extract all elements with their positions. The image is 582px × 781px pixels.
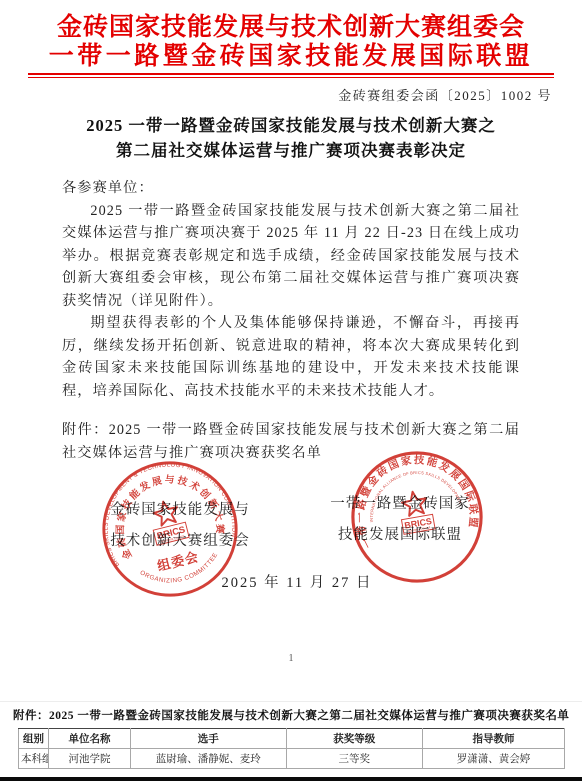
page-number: 1 — [0, 653, 582, 664]
cell-group: 本科组 — [19, 749, 49, 769]
header-advisors: 指导教师 — [423, 729, 565, 749]
award-table-header-row: 组别 单位名称 选手 获奖等级 指导教师 — [19, 729, 565, 749]
header-unit: 单位名称 — [49, 729, 131, 749]
document-title-line2: 第二届社交媒体运营与推广赛项决赛表彰决定 — [0, 138, 582, 163]
cell-unit: 河池学院 — [49, 749, 131, 769]
award-table-row: 本科组 河池学院 蓝尉瑜、潘静妮、麦玲 三等奖 罗潇潇、黄会婷 — [19, 749, 565, 769]
attachment-table-title: 附件：2025 一带一路暨金砖国家技能发展与技术创新大赛之第二届社交媒体运营与推… — [13, 707, 570, 723]
attachment-preview-strip: 附件：2025 一带一路暨金砖国家技能发展与技术创新大赛之第二届社交媒体运营与推… — [0, 701, 582, 781]
cell-award-level: 三等奖 — [286, 749, 423, 769]
letterhead-org-line2: 一带一路暨金砖国家技能发展国际联盟 — [0, 43, 582, 70]
paragraph-2: 期望获得表彰的个人及集体能够保持谦逊，不懈奋斗，再接再厉，继续发扬开拓创新、锐意… — [62, 312, 520, 402]
header-group: 组别 — [19, 729, 49, 749]
document-body: 各参赛单位： 2025 一带一路暨金砖国家技能发展与技术创新大赛之第二届社交媒体… — [0, 177, 582, 464]
award-table: 组别 单位名称 选手 获奖等级 指导教师 本科组 河池学院 蓝尉瑜、潘静妮、麦玲… — [18, 728, 565, 769]
cell-contestants: 蓝尉瑜、潘静妮、麦玲 — [130, 749, 286, 769]
star-icon — [401, 490, 429, 517]
bottom-edge-bar — [0, 777, 582, 781]
document-date: 2025 年 11 月 27 日 — [6, 571, 582, 592]
star-icon — [151, 499, 180, 527]
paragraph-1: 2025 一带一路暨金砖国家技能发展与技术创新大赛之第二届社交媒体运营与推广赛项… — [62, 200, 520, 313]
document-page: 金砖国家技能发展与技术创新大赛组委会 一带一路暨金砖国家技能发展国际联盟 金砖赛… — [0, 0, 582, 781]
svg-text:一带一路暨金砖国家技能发展国际联盟: 一带一路暨金砖国家技能发展国际联盟 — [343, 443, 483, 551]
cell-advisors: 罗潇潇、黄会婷 — [423, 749, 565, 769]
header-contestants: 选手 — [130, 729, 286, 749]
document-title-line1: 2025 一带一路暨金砖国家技能发展与技术创新大赛之 — [0, 113, 582, 138]
letterhead-org-line1: 金砖国家技能发展与技术创新大赛组委会 — [0, 0, 582, 43]
header-award-level: 获奖等级 — [286, 729, 423, 749]
letterhead-double-rule — [28, 73, 554, 78]
salutation: 各参赛单位： — [62, 177, 520, 200]
seal-committee-label: 组委会 — [156, 548, 201, 574]
document-title: 2025 一带一路暨金砖国家技能发展与技术创新大赛之 第二届社交媒体运营与推广赛… — [0, 113, 582, 163]
document-number: 金砖赛组委会函〔2025〕1002 号 — [0, 85, 582, 104]
seal-cn-text: 一带一路暨金砖国家技能发展国际联盟 — [343, 443, 483, 551]
